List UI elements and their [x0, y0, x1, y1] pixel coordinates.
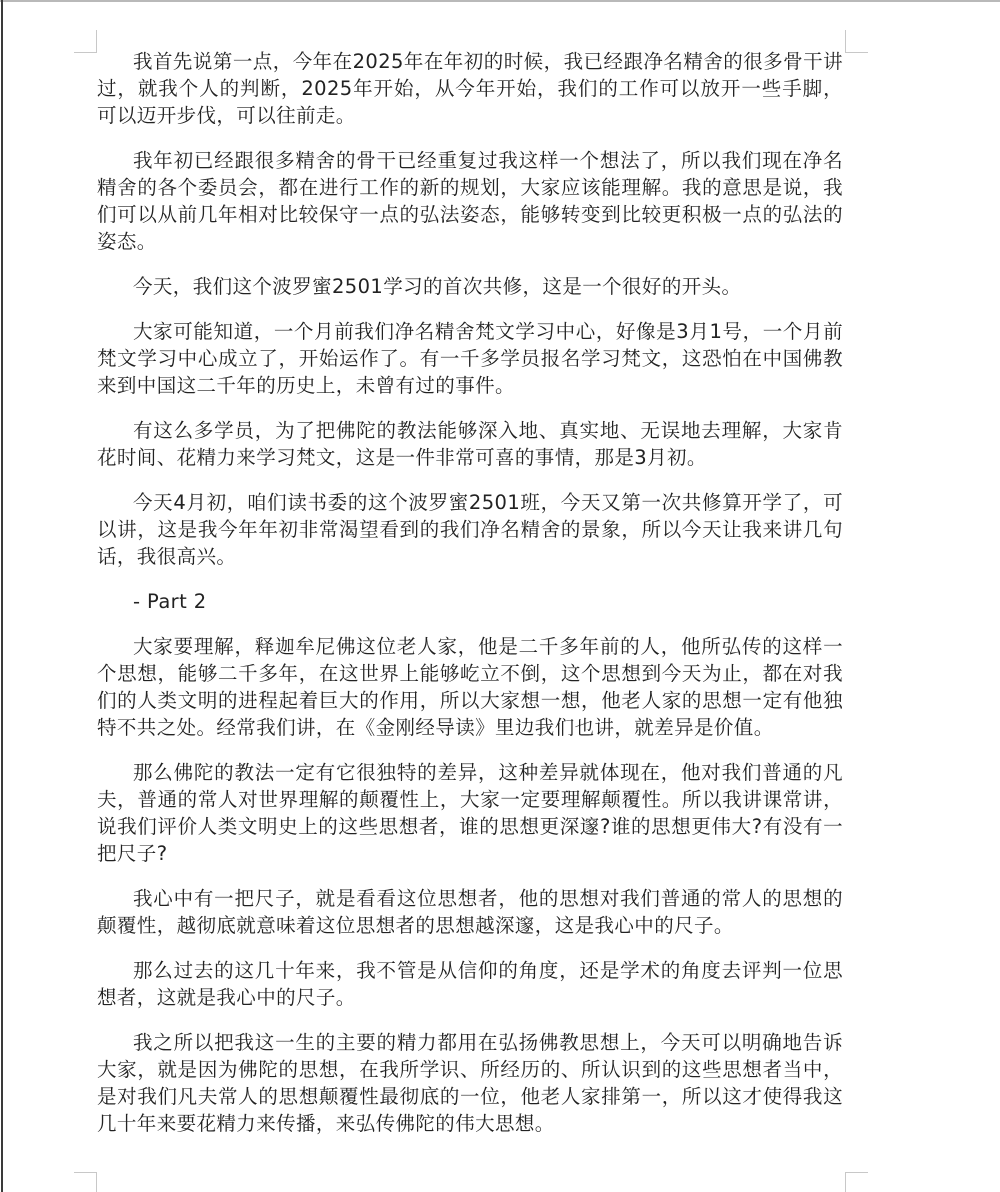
- window-left-border: [1, 0, 3, 1192]
- margin-corner-mark-bottom-right: [845, 1172, 868, 1192]
- paragraph: 大家要理解，释迦牟尼佛这位老人家，他是二千多年前的人，他所弘传的这样一个思想，能…: [97, 633, 843, 741]
- section-heading-part-2: - Part 2: [97, 588, 843, 615]
- paragraph: 今天，我们这个波罗蜜2501学习的首次共修，这是一个很好的开头。: [97, 273, 843, 300]
- margin-corner-mark-top-right: [845, 30, 868, 53]
- paragraph: 我心中有一把尺子，就是看看这位思想者，他的思想对我们普通的常人的思想的颠覆性，越…: [97, 885, 843, 939]
- paragraph: 今天4月初，咱们读书委的这个波罗蜜2501班，今天又第一次共修算开学了，可以讲，…: [97, 489, 843, 570]
- paragraph: 那么过去的这几十年来，我不管是从信仰的角度，还是学术的角度去评判一位思想者，这就…: [97, 957, 843, 1011]
- margin-corner-mark-top-left: [74, 30, 97, 53]
- document-page-body[interactable]: 我首先说第一点，今年在2025年在年初的时候，我已经跟净名精舍的很多骨干讲过，就…: [97, 48, 843, 1155]
- paragraph: 那么佛陀的教法一定有它很独特的差异，这种差异就体现在，他对我们普通的凡夫，普通的…: [97, 759, 843, 867]
- paragraph: 有这么多学员，为了把佛陀的教法能够深入地、真实地、无误地去理解，大家肯花时间、花…: [97, 417, 843, 471]
- window-top-border: [0, 0, 1000, 2]
- paragraph: 我年初已经跟很多精舍的骨干已经重复过我这样一个想法了，所以我们现在净名精舍的各个…: [97, 147, 843, 255]
- paragraph: 我之所以把我这一生的主要的精力都用在弘扬佛教思想上，今天可以明确地告诉大家，就是…: [97, 1029, 843, 1137]
- paragraph: 我首先说第一点，今年在2025年在年初的时候，我已经跟净名精舍的很多骨干讲过，就…: [97, 48, 843, 129]
- paragraph: 大家可能知道，一个月前我们净名精舍梵文学习中心，好像是3月1号，一个月前梵文学习…: [97, 318, 843, 399]
- margin-corner-mark-bottom-left: [74, 1172, 97, 1192]
